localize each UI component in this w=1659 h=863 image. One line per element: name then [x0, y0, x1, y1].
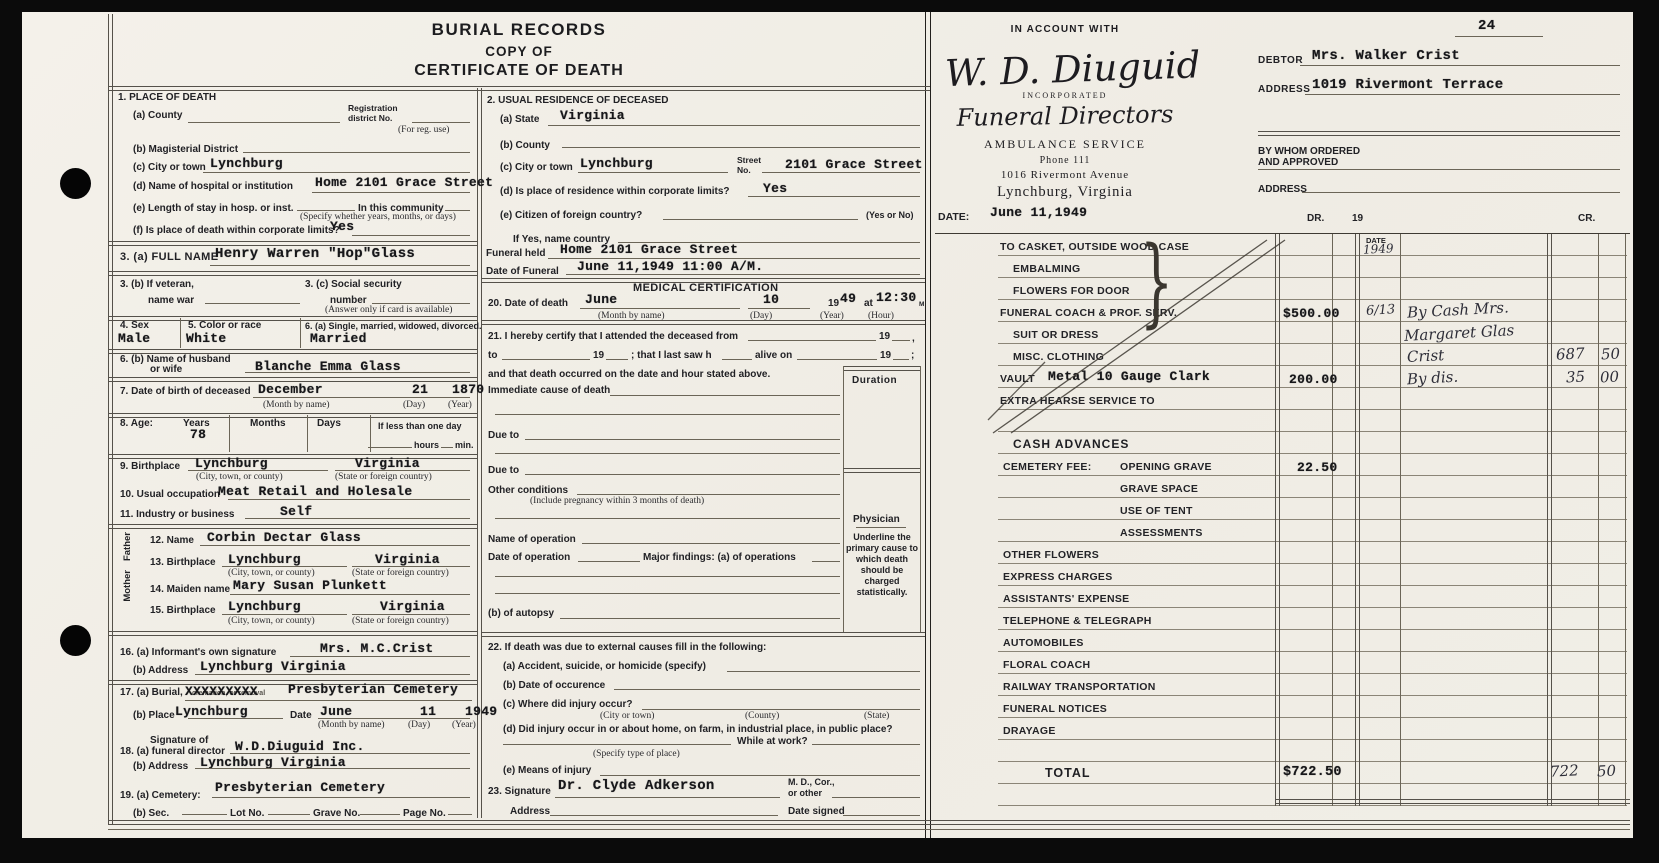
race-label: 5. Color or race: [188, 320, 261, 331]
county-label: (a) County: [133, 110, 182, 121]
burial-strikeout-x: XXXXXXXXX: [185, 684, 258, 699]
line: [812, 744, 920, 745]
or-other-label: or other: [788, 788, 822, 798]
line: [577, 494, 840, 495]
operation-date-label: Date of operation: [488, 552, 570, 563]
line: [205, 303, 300, 304]
section-divider: [482, 632, 925, 637]
line: [856, 527, 906, 528]
full-name-value: Henry Warren "Hop"Glass: [215, 246, 415, 262]
line: [312, 192, 470, 193]
line: [230, 753, 470, 754]
other-conditions-label: Other conditions: [488, 485, 568, 496]
by-whom-ordered-label: BY WHOM ORDERED: [1258, 146, 1360, 157]
physician-instruction: Underline the primary cause to which dea…: [845, 532, 919, 598]
line: [550, 815, 778, 816]
line: [600, 775, 920, 776]
marital-value: Married: [310, 331, 367, 346]
line: [228, 499, 470, 500]
state-value: Virginia: [560, 108, 625, 123]
funeral-held-value: Home 2101 Grace Street: [560, 242, 738, 257]
burial-label: 17. (a) Burial,: [120, 687, 183, 698]
external-causes-header: 22. If death was due to external causes …: [488, 642, 766, 653]
line: [578, 561, 640, 562]
magisterial-district-label: (b) Magisterial District: [133, 144, 238, 155]
state-note: (State or foreign country): [352, 568, 449, 578]
specify-note: (Specify whether years, months, or days): [300, 212, 456, 222]
race-value: White: [186, 331, 227, 346]
line: [222, 566, 347, 567]
title-divider: [108, 86, 930, 91]
birth-date-label: 7. Date of birth of deceased: [120, 386, 251, 397]
sec-label: (b) Sec.: [133, 808, 169, 819]
res-city-value: Lynchburg: [580, 156, 653, 171]
section-divider: [108, 631, 477, 636]
certify-line3: and that death occurred on the date and …: [488, 369, 770, 380]
year-prefix: 19: [828, 298, 839, 309]
cell-divider: [300, 318, 301, 348]
punch-hole-top: [60, 168, 91, 199]
name-war-label: name war: [148, 295, 194, 306]
birthplace-city: Lynchburg: [195, 456, 268, 471]
res-corporate-label: (d) Is place of residence within corpora…: [500, 186, 730, 197]
state-label: (a) State: [500, 114, 539, 125]
line: [495, 576, 840, 577]
line: [762, 172, 920, 173]
burial-place-value: Lynchburg: [175, 704, 248, 719]
birth-year-value: 1870: [452, 382, 484, 397]
burial-value: Presbyterian Cemetery: [288, 682, 458, 697]
birthplace-label: 9. Birthplace: [120, 461, 180, 472]
burial-year-value: 1949: [465, 704, 497, 719]
line: [502, 359, 590, 360]
lot-no-label: Lot No.: [230, 808, 264, 819]
cemetery-label: 19. (a) Cemetery:: [120, 790, 201, 801]
physician-signature-value: Dr. Clyde Adkerson: [558, 778, 715, 794]
maiden-name-label: 14. Maiden name: [150, 584, 230, 595]
full-name-label: 3. (a) FULL NAME: [120, 251, 218, 263]
city-note: (City, town, or county): [228, 568, 315, 578]
line: [1455, 36, 1543, 37]
line: [555, 797, 780, 798]
birth-month-value: December: [258, 382, 323, 397]
city-or-town-label: (c) City or town: [133, 162, 206, 173]
line: [495, 593, 840, 594]
burial-place-label: (b) Place: [133, 710, 175, 721]
line: [495, 518, 840, 519]
section-divider: [108, 271, 477, 276]
line: [495, 414, 840, 415]
punch-hole-bottom: [60, 625, 91, 656]
bottom-rule: [108, 829, 1630, 830]
line: [188, 718, 283, 719]
title-line1: BURIAL RECORDS: [115, 20, 923, 40]
hospital-label: (d) Name of hospital or institution: [133, 181, 293, 192]
line: [525, 474, 840, 475]
month-note: (Month by name): [263, 400, 330, 410]
min-label: min.: [455, 440, 474, 450]
social-security-label: 3. (c) Social security: [305, 279, 402, 290]
hour-m-suffix: M: [919, 301, 924, 308]
section-divider: [108, 454, 477, 459]
line: [188, 122, 340, 123]
line: [195, 768, 470, 769]
mother-birthplace-city: Lynchburg: [228, 599, 301, 614]
informant-label: 16. (a) Informant's own signature: [120, 647, 276, 658]
line: [352, 614, 470, 615]
less-than-day-note: If less than one day: [378, 421, 462, 431]
year-token: 19: [880, 350, 891, 361]
to-label: to: [488, 350, 497, 361]
line: [360, 814, 400, 815]
funeral-date-value: June 11,1949 11:00 A/M.: [577, 259, 763, 274]
maiden-name-value: Mary Susan Plunkett: [233, 578, 387, 593]
informant-address-label: (b) Address: [133, 665, 188, 676]
line: [892, 340, 910, 341]
line: [748, 196, 920, 197]
certify-line1: 21. I hereby certify that I attended the…: [488, 331, 738, 342]
line: [243, 152, 470, 153]
day-note: (Day): [403, 400, 425, 410]
occupation-label: 10. Usual occupation: [120, 489, 220, 500]
for-reg-use-note: (For reg. use): [398, 125, 449, 135]
district-no-label: district No.: [348, 113, 392, 123]
line: [335, 470, 470, 471]
physician-label: Physician: [853, 514, 900, 525]
firm-name: W. D. Diuguid: [944, 44, 1185, 95]
firm-phone: Phone 111: [945, 155, 1185, 166]
major-findings-label: Major findings: (a) of operations: [643, 552, 796, 563]
death-hour-value: 12:30: [876, 290, 917, 305]
city-note: (City, town, or county): [228, 616, 315, 626]
cemetery-value: Presbyterian Cemetery: [215, 780, 385, 795]
scanned-burial-record: { "colors":{"paper":"#f2efe8","ink":"#1d…: [0, 0, 1659, 863]
line: [222, 614, 347, 615]
line: [441, 447, 453, 448]
line: [188, 470, 328, 471]
card-available-note: (Answer only if card is available): [325, 305, 452, 315]
line: [185, 700, 472, 701]
title-line3: CERTIFICATE OF DEATH: [115, 62, 923, 80]
corporate-limits-value: Yes: [330, 219, 354, 234]
title-line2: COPY OF: [115, 44, 923, 59]
informant-address-value: Lynchburg Virginia: [200, 659, 346, 674]
sex-label: 4. Sex: [120, 320, 149, 331]
line: [290, 656, 470, 657]
line: [203, 172, 470, 173]
physician-box-left: [843, 470, 844, 632]
autopsy-label: (b) of autopsy: [488, 608, 554, 619]
age-value: 78: [190, 427, 206, 442]
year-note: (Year): [452, 720, 476, 730]
death-day-value: 10: [763, 292, 779, 307]
debtor-label: DEBTOR: [1258, 55, 1303, 66]
burial-day-value: 11: [420, 704, 436, 719]
father-label: Father: [122, 532, 133, 561]
street-value: 2101 Grace Street: [785, 157, 923, 172]
line: [230, 594, 470, 595]
death-year-value: 49: [840, 291, 856, 306]
mother-label: Mother: [122, 570, 133, 602]
city-note: (City, town, or county): [196, 472, 283, 482]
while-at-work-label: While at work?: [737, 736, 808, 747]
days-label: Days: [317, 418, 341, 429]
mother-birthplace-state: Virginia: [380, 599, 445, 614]
section-divider: [108, 524, 477, 529]
month-note: (Month by name): [318, 720, 385, 730]
city-or-town-value: Lynchburg: [210, 156, 283, 171]
occupation-value: Meat Retail and Holesale: [218, 484, 412, 499]
signature-of-label: Signature of: [150, 735, 208, 746]
months-label: Months: [250, 418, 286, 429]
medical-cert-header: MEDICAL CERTIFICATION: [633, 282, 779, 294]
means-of-injury-label: (e) Means of injury: [503, 765, 591, 776]
line: [503, 744, 731, 745]
father-name-label: 12. Name: [150, 535, 194, 546]
line: [722, 359, 752, 360]
line: [642, 709, 920, 710]
line: [812, 561, 840, 562]
street-no-label: No.: [737, 165, 751, 175]
page-divider: [925, 12, 931, 838]
line: [445, 210, 470, 211]
birthplace-state: Virginia: [355, 456, 420, 471]
line: [893, 359, 909, 360]
county-note: (County): [745, 711, 779, 721]
cell-divider: [370, 415, 371, 452]
semicolon: ;: [911, 350, 914, 361]
line: [195, 674, 470, 675]
line: [1258, 169, 1620, 170]
section-divider: [108, 413, 477, 418]
at-label: at: [864, 298, 873, 309]
line: [610, 395, 840, 396]
dr-column-header: DR.: [1307, 213, 1324, 224]
line: [832, 797, 920, 798]
line: [525, 439, 840, 440]
sig-address-label: Address: [510, 806, 550, 817]
residence-header: 2. USUAL RESIDENCE OF DECEASED: [487, 95, 669, 106]
father-birthplace-label: 13. Birthplace: [150, 557, 216, 568]
citizen-label: (e) Citizen of foreign country?: [500, 210, 642, 221]
and-approved-label: AND APPROVED: [1258, 157, 1338, 168]
alive-on-label: alive on: [755, 350, 792, 361]
accident-label: (a) Accident, suicide, or homicide (spec…: [503, 661, 706, 672]
line: [372, 303, 470, 304]
duration-label: Duration: [852, 375, 897, 386]
line: [582, 543, 840, 544]
mother-birthplace-label: 15. Birthplace: [150, 605, 216, 616]
line: [606, 359, 628, 360]
occurence-date-label: (b) Date of occurence: [503, 680, 605, 691]
year-token: 19: [879, 331, 890, 342]
director-address-label: (b) Address: [133, 761, 188, 772]
line: [578, 172, 728, 173]
physician-box-top: [843, 468, 920, 473]
line: [560, 618, 840, 619]
line: [245, 372, 470, 373]
year-token: 19: [593, 350, 604, 361]
ambulance-service-label: AMBULANCE SERVICE: [945, 137, 1185, 152]
line: [843, 815, 920, 816]
corporate-limits-label: (f) Is place of death within corporate l…: [133, 225, 340, 236]
md-cor-label: M. D., Cor.,: [788, 777, 835, 787]
debtor-address-value: 1019 Rivermont Terrace: [1312, 77, 1503, 93]
line: [548, 125, 920, 126]
informant-value: Mrs. M.C.Crist: [320, 641, 433, 656]
cr-column-header: CR.: [1578, 213, 1595, 224]
duration-box-right: [920, 366, 921, 632]
line: [797, 359, 877, 360]
state-note: (State or foreign country): [352, 616, 449, 626]
line: [495, 453, 840, 454]
funeral-home-letterhead: IN ACCOUNT WITH W. D. Diuguid INCORPORAT…: [945, 24, 1185, 201]
section-divider: [482, 320, 925, 325]
cell-divider: [307, 415, 308, 452]
registration-label: Registration: [348, 103, 398, 113]
line: [748, 340, 876, 341]
grave-no-label: Grave No.: [313, 808, 360, 819]
res-city-label: (c) City or town: [500, 162, 573, 173]
line: [352, 235, 470, 236]
duration-box-left: [843, 366, 844, 470]
day-note: (Day): [408, 720, 430, 730]
line: [448, 814, 472, 815]
line: [268, 814, 310, 815]
line: [663, 219, 858, 220]
hours-label: hours: [414, 440, 439, 450]
cert-left-border: [108, 14, 113, 824]
document-title: BURIAL RECORDS COPY OF CERTIFICATE OF DE…: [115, 20, 923, 80]
veteran-label: 3. (b) If veteran,: [120, 279, 194, 290]
funeral-date-label: Date of Funeral: [486, 266, 559, 277]
immediate-cause-label: Immediate cause of death: [488, 385, 610, 396]
line: [212, 797, 470, 798]
debtor-address-label: ADDRESS: [1258, 84, 1310, 95]
res-corporate-value: Yes: [763, 181, 787, 196]
line: [297, 210, 355, 211]
signature-label: 23. Signature: [488, 786, 551, 797]
line: [318, 718, 470, 719]
line: [210, 265, 470, 266]
spouse-label2: or wife: [150, 364, 182, 375]
sex-value: Male: [118, 331, 150, 346]
state-note: (State): [864, 711, 889, 721]
line: [1300, 65, 1620, 66]
burial-month-value: June: [320, 704, 352, 719]
firm-type: Funeral Directors: [945, 100, 1185, 132]
line: [748, 308, 810, 309]
comma: ,: [912, 333, 915, 344]
line: [253, 397, 470, 398]
yes-or-no-note: (Yes or No): [866, 210, 914, 220]
industry-value: Self: [280, 504, 312, 519]
line: [562, 147, 920, 148]
line: [200, 545, 470, 546]
year-note: (Year): [448, 400, 472, 410]
line: [580, 308, 740, 309]
ledger-page-number: 24: [1478, 18, 1495, 34]
cell-divider: [180, 318, 181, 348]
ledger-date-value: June 11,1949: [990, 205, 1087, 220]
strikethrough-diagonal-lines: [935, 233, 1635, 823]
place-type-note: (Specify type of place): [593, 749, 680, 759]
injury-where-label: (c) Where did injury occur?: [503, 699, 632, 710]
last-saw-label: ; that I last saw h: [631, 350, 712, 361]
length-of-stay-label: (e) Length of stay in hosp. or inst.: [133, 203, 294, 214]
line: [1302, 192, 1620, 193]
father-birthplace-city: Lynchburg: [228, 552, 301, 567]
line: [727, 671, 920, 672]
funeral-director-value: W.D.Diuguid Inc.: [235, 739, 365, 754]
burial-date-label: Date: [290, 710, 312, 721]
divider: [1258, 131, 1620, 136]
date-signed-label: Date signed: [788, 806, 845, 817]
street-label: Street: [737, 155, 761, 165]
pregnancy-note: (Include pregnancy within 3 months of de…: [530, 496, 704, 506]
hospital-value: Home 2101 Grace Street: [315, 175, 493, 190]
injury-location-label: (d) Did injury occur in or about home, o…: [503, 724, 892, 735]
death-month-value: June: [585, 292, 617, 307]
debtor-value: Mrs. Walker Crist: [1312, 48, 1460, 64]
line: [368, 447, 412, 448]
line: [245, 518, 470, 519]
year-column-header: 19: [1352, 213, 1363, 224]
funeral-held-label: Funeral held: [486, 248, 545, 259]
line: [566, 274, 920, 275]
line: [614, 689, 920, 690]
state-note: (State or foreign country): [335, 472, 432, 482]
line: [182, 814, 227, 815]
cell-divider: [229, 415, 230, 452]
line: [1305, 94, 1620, 95]
place-of-death-header: 1. PLACE OF DEATH: [118, 92, 216, 103]
death-date-label: 20. Date of death: [488, 298, 568, 309]
in-account-with-label: IN ACCOUNT WITH: [945, 24, 1185, 35]
father-birthplace-state: Virginia: [375, 552, 440, 567]
ledger-date-label: DATE:: [938, 211, 969, 223]
operation-name-label: Name of operation: [488, 534, 576, 545]
marital-label: 6. (a) Single, married, widowed, divorce…: [305, 321, 482, 331]
age-label: 8. Age:: [120, 418, 153, 429]
birth-day-value: 21: [412, 382, 428, 397]
industry-label: 11. Industry or business: [120, 509, 234, 520]
father-name-value: Corbin Dectar Glass: [207, 530, 361, 545]
duration-box-top: [843, 366, 920, 371]
res-county-label: (b) County: [500, 140, 550, 151]
line: [352, 566, 470, 567]
city-note: (City or town): [600, 711, 654, 721]
firm-city: Lynchburg, Virginia: [945, 184, 1185, 201]
page-no-label: Page No.: [403, 808, 446, 819]
orderer-address-label: ADDRESS: [1258, 184, 1307, 195]
line: [412, 122, 470, 123]
due-to-label: Due to: [488, 430, 519, 441]
firm-street: 1016 Rivermont Avenue: [945, 169, 1185, 181]
due-to-label: Due to: [488, 465, 519, 476]
